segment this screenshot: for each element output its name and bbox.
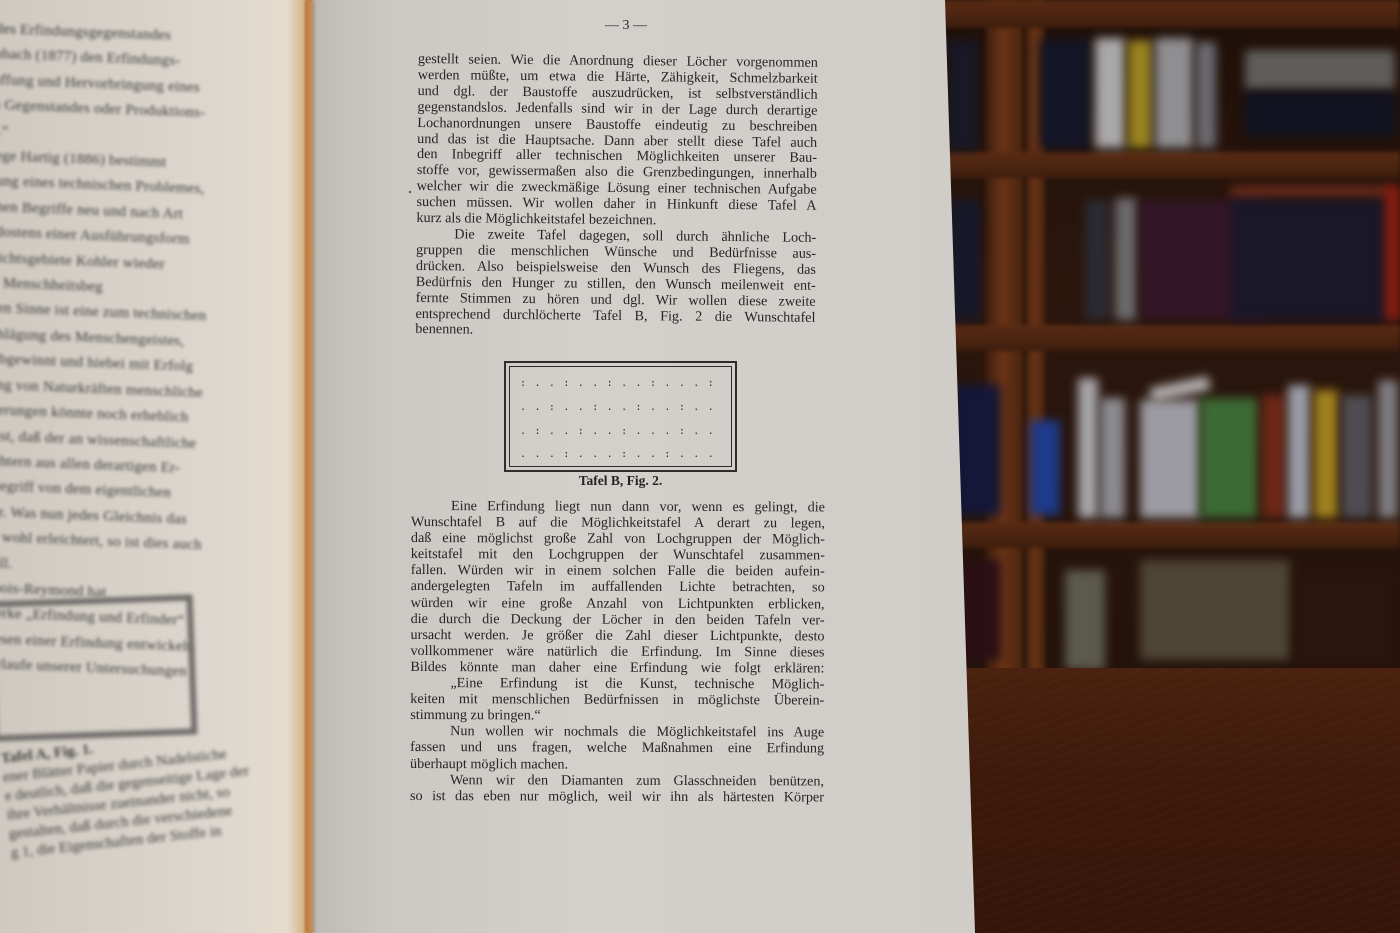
book-spine xyxy=(960,560,1000,660)
left-page-caption: Tafel A, Fig. 1. ener Blätter Papier dur… xyxy=(0,721,290,864)
book-spine xyxy=(1314,390,1338,518)
text-line: Wunschtafel B auf die Möglichkeitstafel … xyxy=(411,514,825,532)
text-line: fallen. Würden wir in einem solchen Fall… xyxy=(411,562,825,580)
definition-quote: „Eine Erfindung ist die Kunst, technisch… xyxy=(410,675,824,725)
book-spine xyxy=(1262,395,1286,518)
text-line: stimmung zu bringen.“ xyxy=(410,707,824,725)
left-line: affung und Hervorbringung eines xyxy=(0,71,279,101)
text-line: vollkommener wäre natürlich die Erfindun… xyxy=(410,643,824,661)
book-gutter xyxy=(305,0,315,933)
left-line: sung eines technischen Problemes, xyxy=(0,172,275,202)
text-line: fassen und uns fragen, welche Maßnahmen … xyxy=(410,739,824,757)
book-spine xyxy=(955,385,1000,515)
left-page: des Erfindungsgegenstandes nbach (1877) … xyxy=(0,0,312,933)
left-line: ldierungen könnte noch erheblich xyxy=(0,401,266,431)
shelf-board xyxy=(930,325,1400,351)
book-spine xyxy=(1095,38,1125,148)
book-spine xyxy=(1040,40,1090,148)
page-number: — 3 — xyxy=(596,18,656,34)
book-spine xyxy=(1140,400,1200,518)
left-line: schlägung des Menschengeistes, xyxy=(0,325,269,355)
text-line: würden wir eine große Anzahl von Lichtpu… xyxy=(411,595,825,613)
book-spine xyxy=(1378,380,1398,518)
left-line: s.“ xyxy=(0,122,277,152)
left-line: er ist, daß der an wissenschaftliche xyxy=(0,426,265,456)
text-line: die durch die Deckung der Löcher in den … xyxy=(411,611,825,629)
text-line: daß eine möglichst große Zahl von Lochgr… xyxy=(411,530,825,548)
figure-tafel-b: : . . : . . : . . : . . . : . . : . . . … xyxy=(504,361,737,472)
book-spine xyxy=(1065,570,1105,670)
book-spine xyxy=(1196,42,1216,148)
hole-pattern-row: . . : . . : . . : . . : . . : . . . : . … xyxy=(520,403,721,413)
book-spine xyxy=(1085,200,1110,320)
figure-inner-frame: : . . : . . : . . : . . . : . . : . . . … xyxy=(509,366,732,467)
book-spine xyxy=(1155,38,1193,148)
book-spine xyxy=(1115,198,1137,320)
left-line: rsichtsgebiete Kohler wieder xyxy=(0,248,272,278)
book-spine xyxy=(948,40,978,150)
shelf-board xyxy=(930,522,1400,548)
text-line: Bildes könnte man daher eine Erfindung w… xyxy=(410,659,824,677)
shelf-board xyxy=(930,152,1400,178)
figure-caption: Tafel B, Fig. 2. xyxy=(504,473,737,489)
book-spine xyxy=(1245,92,1395,137)
left-line: r abgewinnt und hiebei mit Erfolg xyxy=(0,350,268,380)
text-line: überhaupt möglich machen. xyxy=(410,755,824,773)
text-line: „Eine Erfindung ist die Kunst, technisch… xyxy=(410,675,824,693)
left-page-text: des Erfindungsgegenstandes nbach (1877) … xyxy=(0,20,281,691)
wooden-table xyxy=(930,668,1400,933)
book-spine xyxy=(1342,395,1372,518)
paragraph: Eine Erfindung liegt nun dann vor, wenn … xyxy=(410,498,825,676)
hole-pattern-row: . : . . : . . : . . . : . . : . . . : . … xyxy=(520,427,721,437)
left-line: ener. Was nun jedes Gleichnis das xyxy=(0,502,262,532)
left-line: ndostens einer Ausführungsform xyxy=(0,223,273,253)
left-line: r Fall. xyxy=(0,553,260,583)
left-line: n Begriff von dem eigentlichen xyxy=(0,477,263,507)
left-line: Lichtern aus allen derartigen Er- xyxy=(0,452,264,482)
text-line: so ist das eben nur möglich, weil wir ih… xyxy=(410,788,824,806)
book-spine xyxy=(1288,385,1310,518)
left-line: chen Begriffe neu und nach Art xyxy=(0,198,274,228)
left-line: n Gegenstandes oder Produktions- xyxy=(0,96,278,126)
left-page-figure-box xyxy=(0,594,197,741)
book-spine xyxy=(1140,560,1290,660)
book-spine xyxy=(1100,398,1125,518)
book-spine xyxy=(1030,420,1060,515)
left-line: lege Hartig (1886) bestimmt xyxy=(0,147,276,177)
text-line: Wenn wir den Diamanten zum Glasschneiden… xyxy=(410,772,824,790)
book-spine xyxy=(1078,378,1098,518)
body-text-bottom: Eine Erfindung liegt nun dann vor, wenn … xyxy=(410,498,825,805)
book-spine xyxy=(1200,398,1258,518)
book-spine xyxy=(1128,40,1152,148)
left-line: ur Menschheitsbeg xyxy=(0,274,271,304)
book-spine xyxy=(1230,200,1390,320)
text-line: andergelegten Tafeln im auffallenden Lic… xyxy=(411,578,825,596)
paragraph: Nun wollen wir nochmals die Möglichkeits… xyxy=(410,723,824,773)
paragraph: Wenn wir den Diamanten zum Glasschneiden… xyxy=(410,772,824,806)
book-spine xyxy=(1295,570,1395,665)
paragraph: Die zweite Tafel dagegen, soll durch ähn… xyxy=(415,227,816,342)
left-line: des Erfindungsgegenstandes xyxy=(0,20,281,50)
hole-pattern-row: . . . : . . . : . . : . . . : . . : . . … xyxy=(520,450,721,460)
book-spine xyxy=(1245,50,1395,90)
hole-pattern-row: : . . : . . : . . : . . . : . . : . . . … xyxy=(520,379,721,389)
book-spine xyxy=(1230,186,1390,198)
left-line: ssen Sinne ist eine zum technischen xyxy=(0,299,270,329)
left-line: rert wohl erleichtert, so ist dies auch xyxy=(0,528,261,558)
body-text-top: gestellt seien. Wie die Anordnung dieser… xyxy=(415,52,818,342)
text-line: keitstafel mit den Lochgruppen der Wunsc… xyxy=(411,546,825,564)
paragraph: gestellt seien. Wie die Anordnung dieser… xyxy=(416,52,818,231)
shelf-board xyxy=(930,0,1400,28)
text-line: Nun wollen wir nochmals die Möglichkeits… xyxy=(410,723,824,741)
text-line: ursacht werden. Je größer die Zahl diese… xyxy=(410,627,824,645)
left-line: zung von Naturkräften menschliche xyxy=(0,375,267,405)
text-line: keiten mit menschlichen Bedürfnissen in … xyxy=(410,691,824,709)
photo-scene: des Erfindungsgegenstandes nbach (1877) … xyxy=(0,0,1400,933)
margin-mark xyxy=(409,191,411,193)
text-line: Eine Erfindung liegt nun dann vor, wenn … xyxy=(411,498,825,516)
book-spine xyxy=(1385,185,1400,320)
left-line: nbach (1877) den Erfindungs- xyxy=(0,45,280,75)
